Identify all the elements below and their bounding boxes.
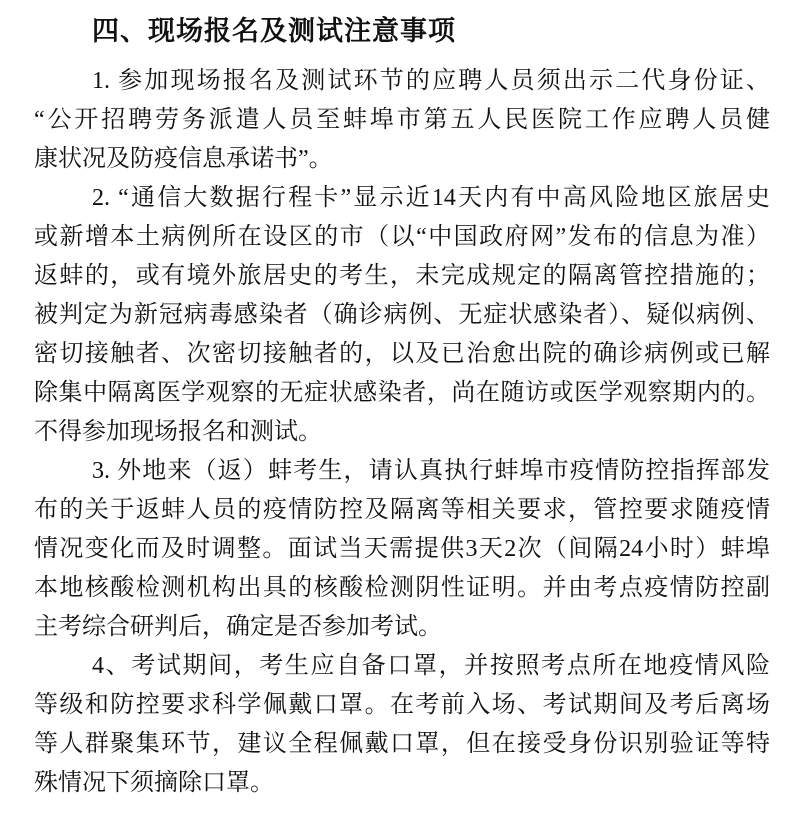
paragraph-2: 2. “通信大数据行程卡”显示近14天内有中高风险地区旅居史或新增本土病例所在设… [34, 179, 770, 452]
text-line: 2. “通信大数据行程卡”显示近14天内有中高风险地区旅居史 [34, 179, 770, 218]
text-line: “公开招聘劳务派遣人员至蚌埠市第五人民医院工作应聘人员健 [34, 101, 770, 140]
text-line: 4、考试期间，考生应自备口罩，并按照考点所在地疫情风险 [34, 647, 770, 686]
text-line: 本地核酸检测机构出具的核酸检测阴性证明。并由考点疫情防控副 [34, 569, 770, 608]
document-body: 1. 参加现场报名及测试环节的应聘人员须出示二代身份证、“公开招聘劳务派遣人员至… [34, 62, 770, 803]
text-line: 3. 外地来（返）蚌考生，请认真执行蚌埠市疫情防控指挥部发 [34, 452, 770, 491]
text-line: 不得参加现场报名和测试。 [34, 413, 770, 452]
text-line: 布的关于返蚌人员的疫情防控及隔离等相关要求，管控要求随疫情 [34, 491, 770, 530]
text-line: 返蚌的，或有境外旅居史的考生，未完成规定的隔离管控措施的； [34, 257, 770, 296]
paragraph-3: 3. 外地来（返）蚌考生，请认真执行蚌埠市疫情防控指挥部发布的关于返蚌人员的疫情… [34, 452, 770, 647]
text-line: 主考综合研判后，确定是否参加考试。 [34, 608, 770, 647]
paragraph-1: 1. 参加现场报名及测试环节的应聘人员须出示二代身份证、“公开招聘劳务派遣人员至… [34, 62, 770, 179]
text-line: 等级和防控要求科学佩戴口罩。在考前入场、考试期间及考后离场 [34, 686, 770, 725]
paragraph-4: 4、考试期间，考生应自备口罩，并按照考点所在地疫情风险等级和防控要求科学佩戴口罩… [34, 647, 770, 803]
text-line: 除集中隔离医学观察的无症状感染者，尚在随访或医学观察期内的。 [34, 374, 770, 413]
document-page: 四、现场报名及测试注意事项 1. 参加现场报名及测试环节的应聘人员须出示二代身份… [0, 0, 800, 813]
text-line: 1. 参加现场报名及测试环节的应聘人员须出示二代身份证、 [34, 62, 770, 101]
text-line: 等人群聚集环节，建议全程佩戴口罩，但在接受身份识别验证等特 [34, 725, 770, 764]
text-line: 情况变化而及时调整。面试当天需提供3天2次（间隔24小时）蚌埠 [34, 530, 770, 569]
text-line: 殊情况下须摘除口罩。 [34, 764, 770, 803]
section-title: 四、现场报名及测试注意事项 [34, 12, 770, 51]
text-line: 被判定为新冠病毒感染者（确诊病例、无症状感染者）、疑似病例、 [34, 296, 770, 335]
text-line: 康状况及防疫信息承诺书”。 [34, 140, 770, 179]
text-line: 密切接触者、次密切接触者的，以及已治愈出院的确诊病例或已解 [34, 335, 770, 374]
text-line: 或新增本土病例所在设区的市（以“中国政府网”发布的信息为准） [34, 218, 770, 257]
